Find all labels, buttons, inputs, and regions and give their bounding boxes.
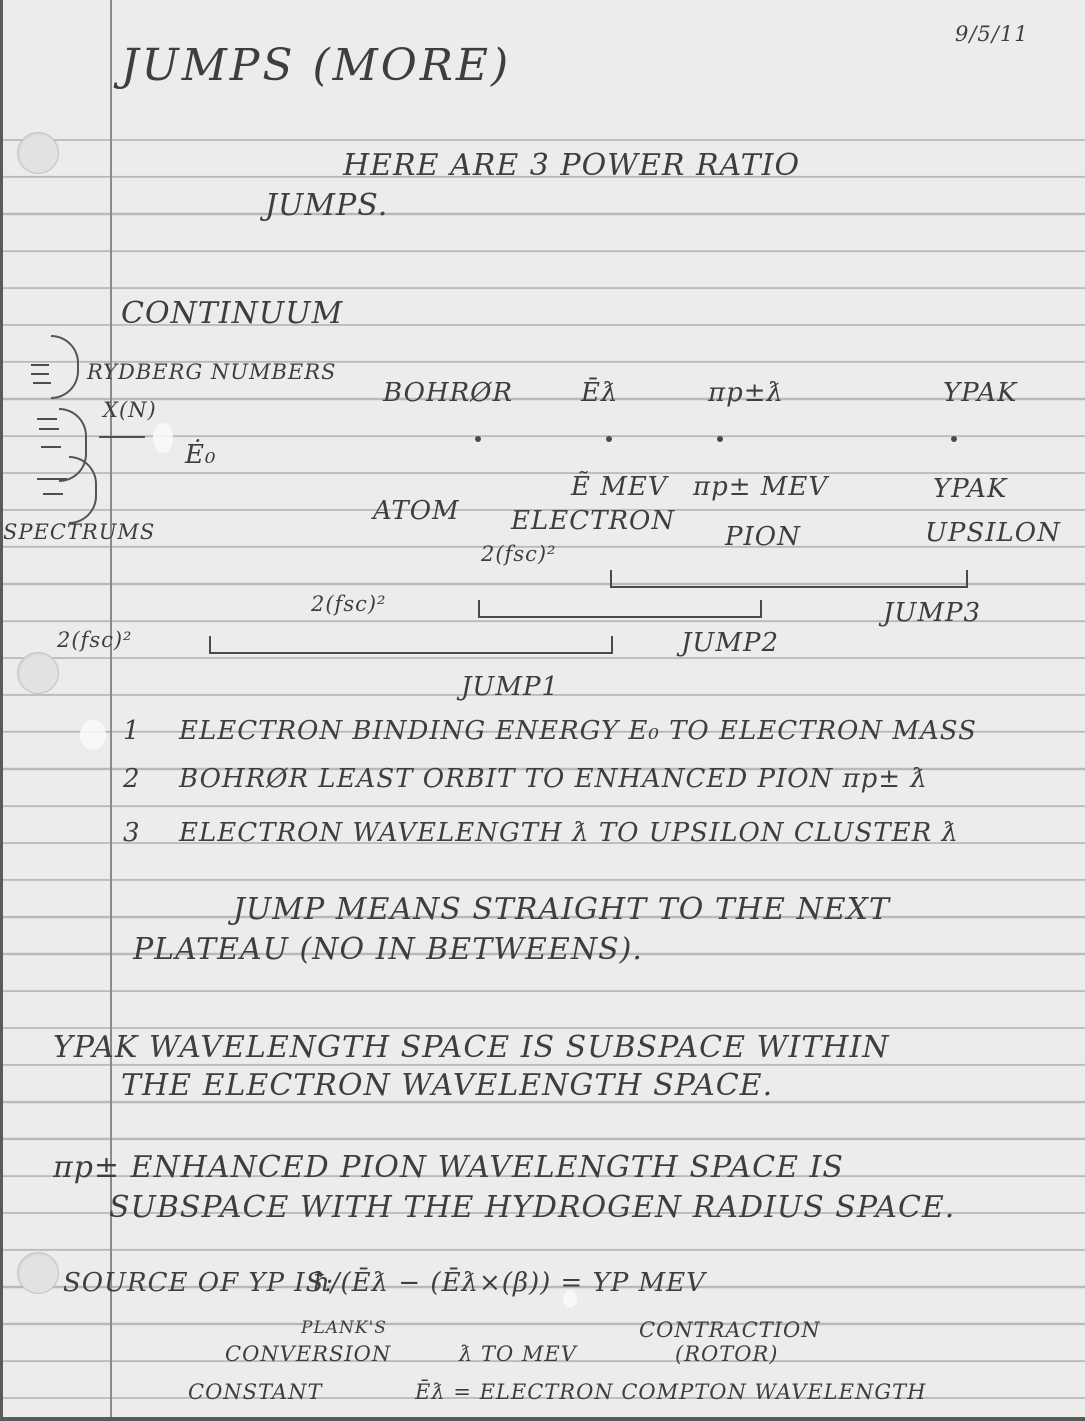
definition-line-2: PLATEAU (NO IN BETWEENS).: [133, 932, 643, 967]
list-item: ELECTRON WAVELENGTH ƛ TO UPSILON CLUSTER…: [179, 818, 959, 848]
node-electron-mev: Ẽ MEV: [571, 472, 668, 502]
formula-lead: SOURCE OF ΥP IS:: [63, 1268, 334, 1298]
jump3-label: JUMP3: [883, 598, 981, 628]
node-pion-point: [717, 436, 723, 442]
formula-label-conversion: CONVERSION: [225, 1342, 391, 1366]
jump1-label: JUMP1: [461, 672, 559, 702]
underline: [99, 436, 145, 438]
note-pion-line-2: SUBSPACE WITH THE HYDROGEN RADIUS SPACE.: [109, 1190, 955, 1225]
node-atom-label: ATOM: [373, 496, 460, 526]
spectrum-line: [31, 373, 49, 375]
node-upsilon-pak: ΥPAK: [933, 474, 1007, 504]
jump3-factor: 2(fsc)²: [481, 542, 556, 566]
node-upsilon-top: ΥPAK: [943, 378, 1017, 408]
jump2-factor: 2(fsc)²: [311, 592, 386, 616]
formula-expression: ħ/(Ēƛ − (Ēƛ×(β)) = ΥP MEV: [313, 1268, 706, 1298]
formula-label-planks: PLANK'S: [301, 1318, 387, 1338]
page-title: JUMPS (MORE): [121, 40, 511, 91]
note-upsilon-line-1: ΥPAK WAVELENGTH SPACE IS SUBSPACE WITHIN: [53, 1030, 890, 1065]
spectrum-line: [31, 364, 49, 366]
node-upsilon-point: [951, 436, 957, 442]
jump1-bracket: [209, 636, 613, 654]
smudge: [80, 720, 106, 750]
node-electron-label: ELECTRON: [511, 506, 675, 536]
smudge: [563, 1290, 577, 1308]
spectrum-bracket: [51, 335, 79, 399]
node-e0-symbol: Ė₀: [185, 440, 216, 470]
spectrum-line: [41, 446, 61, 448]
jump2-bracket: [478, 600, 762, 618]
spectrums-label: SPECTRUMS: [3, 520, 155, 544]
node-bohr-point: [475, 436, 481, 442]
page-date: 9/5/11: [955, 22, 1029, 46]
node-bohr-label: BOHRØR: [383, 378, 513, 408]
spectrum-line: [37, 478, 67, 480]
smudge: [153, 423, 173, 453]
rydberg-function: X(N): [103, 398, 157, 422]
spectrum-line: [37, 418, 57, 420]
spectrum-line: [33, 382, 51, 384]
formula-label-constant: CONSTANT: [188, 1380, 322, 1404]
punch-hole: [17, 652, 59, 694]
formula-label-rotor: (ROTOR): [675, 1342, 778, 1366]
node-pion-top: πp±ƛ: [708, 378, 784, 408]
list-number: 2: [123, 764, 141, 794]
jump1-factor: 2(fsc)²: [57, 628, 132, 652]
list-number: 3: [123, 818, 141, 848]
jump3-bracket: [610, 570, 968, 588]
punch-hole: [17, 1252, 59, 1294]
note-upsilon-line-2: THE ELECTRON WAVELENGTH SPACE.: [121, 1068, 773, 1103]
punch-hole: [17, 132, 59, 174]
list-number: 1: [123, 716, 141, 746]
jump2-label: JUMP2: [681, 628, 779, 658]
spectrum-line: [43, 493, 63, 495]
rydberg-label: RYDBERG NUMBERS: [87, 360, 336, 384]
formula-footnote: Ēƛ = ELECTRON COMPTON WAVELENGTH: [415, 1380, 926, 1404]
continuum-heading: CONTINUUM: [121, 296, 343, 331]
definition-line-1: JUMP MEANS STRAIGHT TO THE NEXT: [233, 892, 890, 927]
list-item: BOHRØR LEAST ORBIT TO ENHANCED PION πp± …: [179, 764, 928, 794]
node-pion-label: PION: [725, 522, 801, 552]
spectrum-line: [39, 428, 59, 430]
intro-line-1: HERE ARE 3 POWER RATIO: [343, 148, 800, 183]
node-electron-point: [606, 436, 612, 442]
note-pion-line-1: πp± ENHANCED PION WAVELENGTH SPACE IS: [53, 1150, 844, 1185]
list-item: ELECTRON BINDING ENERGY E₀ TO ELECTRON M…: [179, 716, 977, 746]
intro-line-2: JUMPS.: [265, 188, 388, 223]
node-pion-mev: πp± MEV: [693, 472, 828, 502]
formula-label-lambda-to-mev: ƛ TO MEV: [459, 1342, 577, 1366]
spectrum-bracket: [69, 456, 97, 524]
node-upsilon-label: UPSILON: [925, 518, 1061, 548]
formula-label-contraction: CONTRACTION: [639, 1318, 821, 1342]
node-electron-top: Ēƛ: [581, 378, 618, 408]
notebook-page: JUMPS (MORE) 9/5/11 HERE ARE 3 POWER RAT…: [3, 0, 1085, 1417]
